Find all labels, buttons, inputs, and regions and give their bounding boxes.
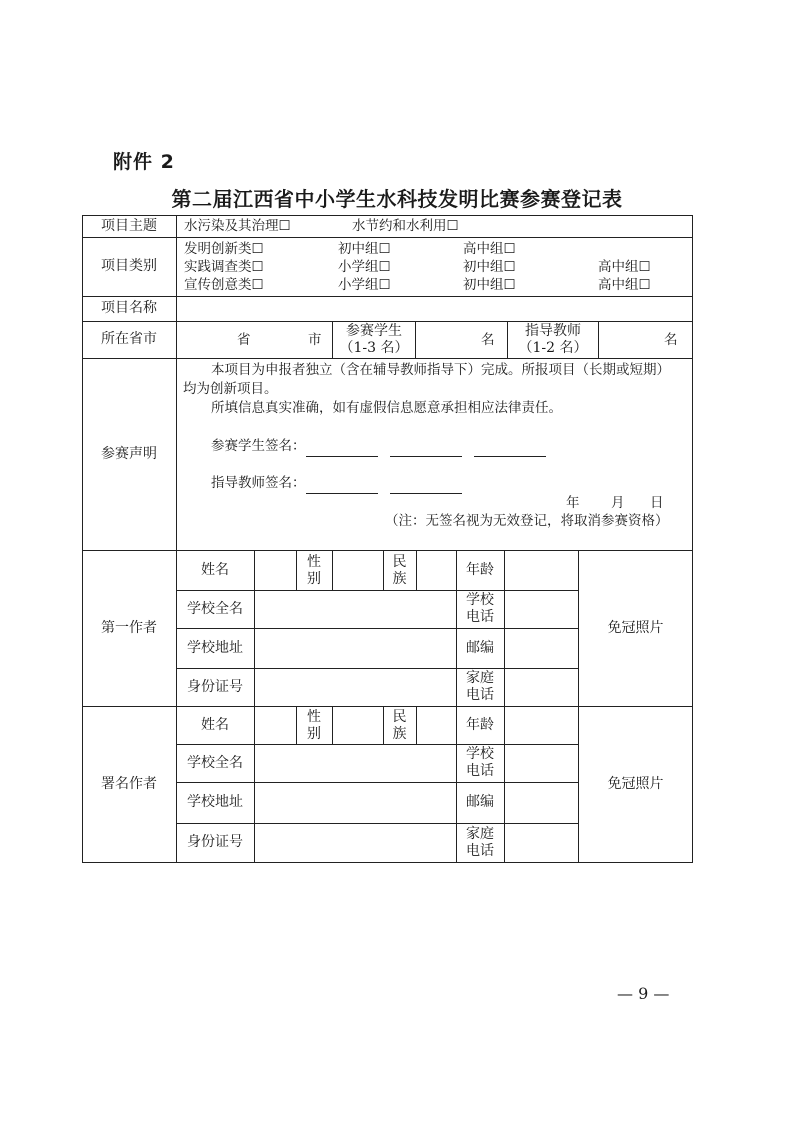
category-invention-junior[interactable]: 初中组☐ xyxy=(338,240,391,258)
date-day: 日 xyxy=(650,494,664,514)
author1-ethnicity-field[interactable] xyxy=(417,551,456,590)
label-line-1: 学校 xyxy=(466,592,494,609)
teacher-signature-label: 指导教师签名： xyxy=(211,475,306,491)
first-author-label: 第一作者 xyxy=(82,551,176,706)
author1-home-phone-label: 家庭电话 xyxy=(456,668,504,706)
declaration-para1-line1: 本项目为申报者独立（含在辅导教师指导下）完成。所报项目（长期或短期） xyxy=(211,361,670,381)
author2-postcode-field[interactable] xyxy=(505,783,578,823)
date-month: 月 xyxy=(611,494,625,514)
ethnicity-char-1: 民 xyxy=(393,709,407,726)
declaration-note: （注：无签名视为无效登记，将取消参赛资格） xyxy=(385,512,669,532)
theme-option-water-saving[interactable]: 水节约和水利用☐ xyxy=(352,217,459,235)
students-label-line1: 参赛学生 xyxy=(346,323,402,340)
category-publicity-senior[interactable]: 高中组☐ xyxy=(598,276,651,294)
table-border-bottom xyxy=(82,862,693,863)
author2-id-label: 身份证号 xyxy=(176,823,254,862)
author1-school-phone-field[interactable] xyxy=(505,591,578,628)
author2-home-phone-field[interactable] xyxy=(505,824,578,862)
category-publicity[interactable]: 宣传创意类☐ xyxy=(184,276,264,294)
city-suffix: 市 xyxy=(308,331,322,349)
label-line-1: 学校 xyxy=(466,746,494,763)
category-practice-senior[interactable]: 高中组☐ xyxy=(598,258,651,276)
students-label-line2: （1-3 名） xyxy=(340,340,409,357)
project-name-field[interactable] xyxy=(177,297,692,321)
author1-age-label: 年龄 xyxy=(456,551,504,590)
page-number: — 9 — xyxy=(617,984,669,1003)
label-line-1: 家庭 xyxy=(466,670,494,687)
theme-label: 项目主题 xyxy=(82,215,176,237)
student-signature-line-3[interactable] xyxy=(474,442,546,457)
cell-divider xyxy=(415,321,416,358)
category-label: 项目类别 xyxy=(82,237,176,296)
cell-divider xyxy=(598,321,599,358)
author1-gender-field[interactable] xyxy=(333,551,383,590)
students-count-label: 参赛学生 （1-3 名） xyxy=(333,322,415,358)
category-practice-junior[interactable]: 初中组☐ xyxy=(463,258,516,276)
author2-gender-field[interactable] xyxy=(333,707,383,744)
location-label: 所在省市 xyxy=(82,321,176,358)
author2-school-name-label: 学校全名 xyxy=(176,744,254,782)
gender-char-2: 别 xyxy=(307,571,321,588)
author2-name-field[interactable] xyxy=(255,707,296,744)
author1-postcode-label: 邮编 xyxy=(456,628,504,668)
author1-school-name-label: 学校全名 xyxy=(176,590,254,628)
category-publicity-primary[interactable]: 小学组☐ xyxy=(338,276,391,294)
author1-name-field[interactable] xyxy=(255,551,296,590)
author2-ethnicity-field[interactable] xyxy=(417,707,456,744)
author2-age-label: 年龄 xyxy=(456,707,504,744)
student-signature-row: 参赛学生签名： xyxy=(211,437,558,457)
author2-postcode-label: 邮编 xyxy=(456,782,504,823)
category-invention[interactable]: 发明创新类☐ xyxy=(184,240,264,258)
theme-option-water-pollution[interactable]: 水污染及其治理☐ xyxy=(184,217,291,235)
category-practice-primary[interactable]: 小学组☐ xyxy=(338,258,391,276)
author2-school-phone-field[interactable] xyxy=(505,745,578,782)
author2-school-name-field[interactable] xyxy=(255,745,456,782)
author1-gender-label: 性别 xyxy=(296,551,332,590)
teachers-label-line2: （1-2 名） xyxy=(519,340,588,357)
label-line-2: 电话 xyxy=(466,687,494,704)
category-invention-senior[interactable]: 高中组☐ xyxy=(463,240,516,258)
label-line-2: 电话 xyxy=(466,763,494,780)
author2-ethnicity-label: 民族 xyxy=(383,707,416,744)
category-practice[interactable]: 实践调查类☐ xyxy=(184,258,264,276)
label-line-2: 电话 xyxy=(466,843,494,860)
student-signature-line-2[interactable] xyxy=(390,442,462,457)
attachment-label: 附件 2 xyxy=(113,147,175,174)
author2-school-phone-label: 学校电话 xyxy=(456,744,504,782)
author2-name-label: 姓名 xyxy=(176,707,254,744)
form-title: 第二届江西省中小学生水科技发明比赛参赛登记表 xyxy=(0,183,794,212)
teachers-count-label: 指导教师 （1-2 名） xyxy=(508,322,598,358)
author2-gender-label: 性别 xyxy=(296,707,332,744)
declaration-label: 参赛声明 xyxy=(82,358,176,550)
teachers-label-line1: 指导教师 xyxy=(525,323,581,340)
ethnicity-char-1: 民 xyxy=(393,554,407,571)
teacher-signature-line-2[interactable] xyxy=(390,479,462,494)
author1-school-name-field[interactable] xyxy=(255,591,456,628)
table-border-right xyxy=(692,215,693,863)
author1-ethnicity-label: 民族 xyxy=(383,551,416,590)
ethnicity-char-2: 族 xyxy=(393,571,407,588)
author2-age-field[interactable] xyxy=(505,707,578,744)
student-signature-label: 参赛学生签名： xyxy=(211,438,306,454)
category-publicity-junior[interactable]: 初中组☐ xyxy=(463,276,516,294)
gender-char-2: 别 xyxy=(307,726,321,743)
teachers-unit: 名 xyxy=(664,331,678,349)
author1-name-label: 姓名 xyxy=(176,551,254,590)
author2-school-address-label: 学校地址 xyxy=(176,782,254,823)
author2-school-address-field[interactable] xyxy=(255,783,456,823)
author1-age-field[interactable] xyxy=(505,551,578,590)
author1-school-address-field[interactable] xyxy=(255,629,456,668)
co-author-label: 署名作者 xyxy=(82,707,176,862)
author1-id-label: 身份证号 xyxy=(176,668,254,706)
author1-photo-box[interactable]: 免冠照片 xyxy=(579,551,692,706)
author1-school-phone-label: 学校电话 xyxy=(456,590,504,628)
project-name-label: 项目名称 xyxy=(82,296,176,321)
label-line-2: 电话 xyxy=(466,609,494,626)
student-signature-line-1[interactable] xyxy=(306,442,378,457)
students-unit: 名 xyxy=(481,331,495,349)
author1-id-field[interactable] xyxy=(255,669,456,706)
author1-school-address-label: 学校地址 xyxy=(176,628,254,668)
author2-home-phone-label: 家庭电话 xyxy=(456,823,504,862)
teacher-signature-row: 指导教师签名： xyxy=(211,474,474,494)
ethnicity-char-2: 族 xyxy=(393,726,407,743)
author2-id-field[interactable] xyxy=(255,824,456,862)
author1-postcode-field[interactable] xyxy=(505,629,578,668)
gender-char-1: 性 xyxy=(307,554,321,571)
gender-char-1: 性 xyxy=(307,709,321,726)
author1-home-phone-field[interactable] xyxy=(505,669,578,706)
teacher-signature-line-1[interactable] xyxy=(306,479,378,494)
date-year: 年 xyxy=(566,494,580,514)
declaration-para1-line2: 均为创新项目。 xyxy=(183,380,278,400)
declaration-para2: 所填信息真实准确，如有虚假信息愿意承担相应法律责任。 xyxy=(211,399,562,419)
author2-photo-box[interactable]: 免冠照片 xyxy=(579,707,692,862)
label-line-1: 家庭 xyxy=(466,826,494,843)
province-suffix: 省 xyxy=(237,331,251,349)
